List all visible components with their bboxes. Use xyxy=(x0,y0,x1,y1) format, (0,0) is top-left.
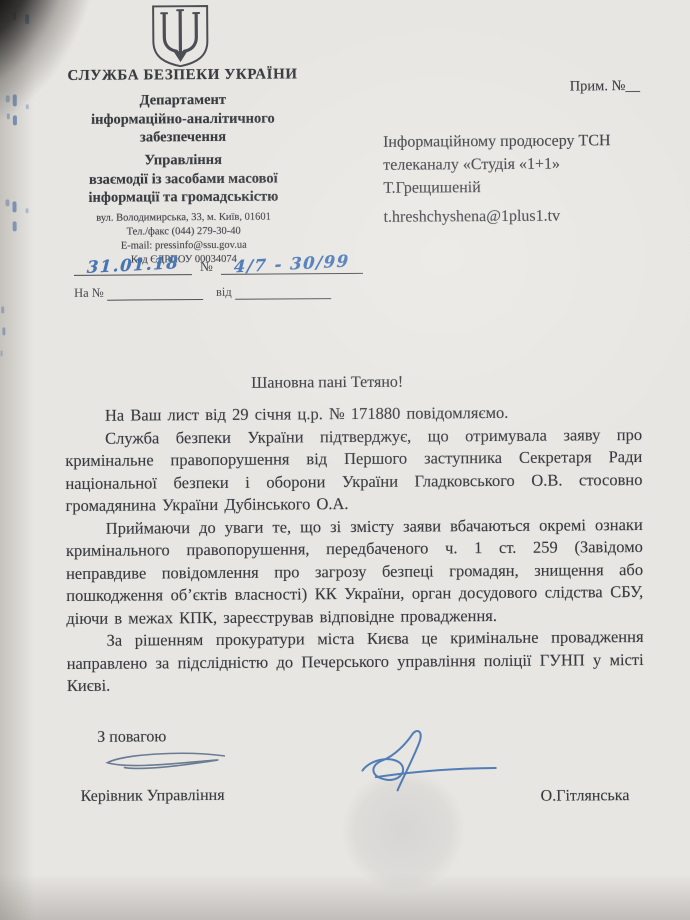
department-line: забезпечення xyxy=(33,127,333,148)
from-date-blank xyxy=(235,285,331,300)
ink-speck xyxy=(2,327,5,335)
outgoing-number-handwritten: 4/7 - 30/99 xyxy=(233,251,350,276)
recipient-line: Т.Грещишеній xyxy=(383,175,645,200)
org-name: СЛУЖБА БЕЗПЕКИ УКРАЇНИ xyxy=(33,66,333,85)
letter-photo: СЛУЖБА БЕЗПЕКИ УКРАЇНИ Департамент інфор… xyxy=(0,0,690,920)
letter-body: На Ваш лист від 29 січня ц.р. № 171880 п… xyxy=(65,401,644,698)
ink-speck xyxy=(6,95,10,102)
paragraph: Служба безпеки України підтверджує, що о… xyxy=(65,423,643,517)
pen-flourish-icon xyxy=(100,749,230,776)
ink-speck xyxy=(5,199,9,206)
division-line: інформації та громадськістю xyxy=(33,187,333,208)
recipient-line: телеканалу «Студія «1+1» xyxy=(383,152,645,177)
outgoing-ref-line: 31.01.18№4/7 - 30/99 xyxy=(74,254,374,276)
reply-ref-line: На № від xyxy=(74,284,374,301)
ink-speck xyxy=(25,14,29,24)
ink-speck xyxy=(1,350,3,356)
recipient-block: Інформаційному продюсеру ТСН телеканалу … xyxy=(383,129,645,200)
ink-speck xyxy=(13,221,17,231)
ink-speck xyxy=(1,306,4,313)
paragraph: Приймаючи до уваги те, що зі змісту заяв… xyxy=(66,513,644,630)
recipient-line: Інформаційному продюсеру ТСН xyxy=(383,129,645,154)
ink-speck xyxy=(7,113,10,119)
reply-to-label: На № xyxy=(74,286,104,300)
ink-speck xyxy=(26,104,29,109)
from-label: від xyxy=(216,285,232,299)
recipient-email: t.hreshchyshena@1plus1.tv xyxy=(384,208,561,227)
ink-speck xyxy=(13,115,17,125)
department-line: інформаційно-аналітичного xyxy=(33,109,333,130)
department-name: Департамент інформаційно-аналітичного за… xyxy=(33,90,333,148)
copy-number-label: Прим. №__ xyxy=(570,78,640,95)
division-line: взаємодії із засобами масової xyxy=(33,169,333,190)
closing-phrase: З повагою xyxy=(97,728,166,746)
signer-name: О.Гітлянська xyxy=(541,787,630,806)
ink-speck xyxy=(26,208,29,213)
ink-speck xyxy=(13,94,17,106)
ink-speck xyxy=(13,12,16,20)
position-title: Керівник Управління xyxy=(81,787,225,806)
reply-number-blank xyxy=(107,286,203,301)
division-line: Управління xyxy=(33,150,333,171)
outgoing-date-handwritten: 31.01.18 xyxy=(86,253,179,277)
letter-page: СЛУЖБА БЕЗПЕКИ УКРАЇНИ Департамент інфор… xyxy=(0,0,690,920)
paragraph: За рішенням прокуратури міста Києва це к… xyxy=(66,626,643,698)
ink-speck xyxy=(12,201,16,212)
trident-emblem-icon xyxy=(147,5,213,67)
number-sign: № xyxy=(200,259,213,274)
division-name: Управління взаємодії із засобами масової… xyxy=(33,150,333,208)
department-line: Департамент xyxy=(33,90,333,111)
salutation: Шановна пані Тетяно! xyxy=(40,372,615,394)
signature-icon xyxy=(352,717,503,810)
